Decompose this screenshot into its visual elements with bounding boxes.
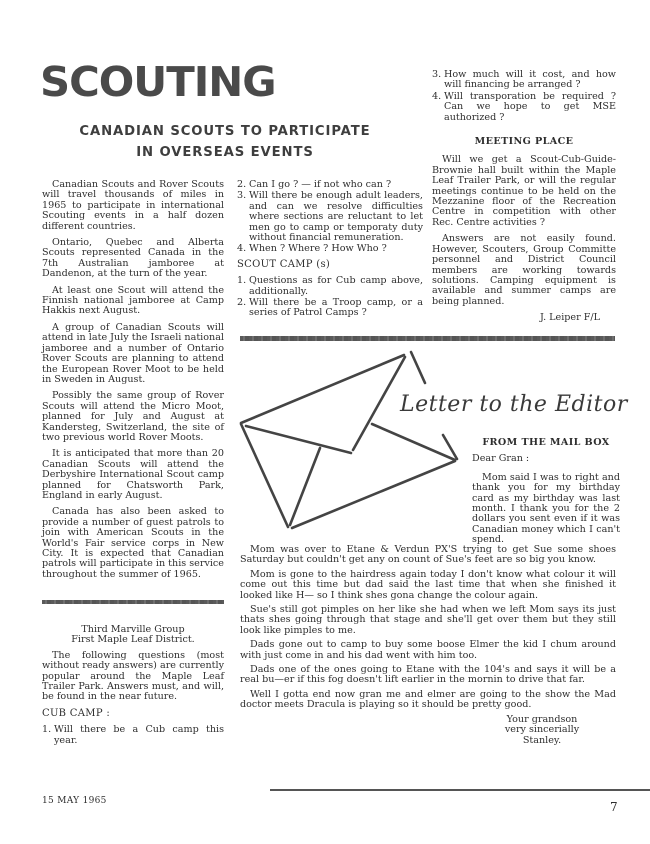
letter-salutation: Dear Gran :: [472, 454, 620, 464]
mailbox-heading: FROM THE MAIL BOX: [472, 438, 620, 448]
issue-date: 15 MAY 1965: [42, 796, 107, 806]
letter-paragraph: Dads one of the ones going to Etane with…: [240, 665, 616, 686]
page-number: 7: [610, 800, 618, 814]
footer-rule: [270, 789, 650, 791]
letter-paragraph: Mom was over to Etane & Verdun PX'S tryi…: [240, 545, 616, 566]
mailbox-column: FROM THE MAIL BOX Dear Gran : Mom said I…: [472, 438, 620, 552]
letter-section-title: Letter to the Editor: [400, 392, 628, 417]
letter-paragraph: Sue's still got pimples on her like she …: [240, 605, 616, 636]
letter-closing: Your grandson very sincerially Stanley.: [502, 715, 582, 746]
letter-paragraph: Well I gotta end now gran me and elmer a…: [240, 690, 616, 711]
letter-paragraph: Dads gone out to camp to buy some boose …: [240, 640, 616, 661]
letter-paragraph: Mom said I was to right and thank you fo…: [472, 473, 620, 546]
closing-line: Stanley.: [502, 736, 582, 746]
letter-body: Mom was over to Etane & Verdun PX'S tryi…: [240, 545, 616, 746]
closing-line: very sincerially: [502, 725, 582, 735]
letter-paragraph: Mom is gone to the hairdress again today…: [240, 570, 616, 601]
